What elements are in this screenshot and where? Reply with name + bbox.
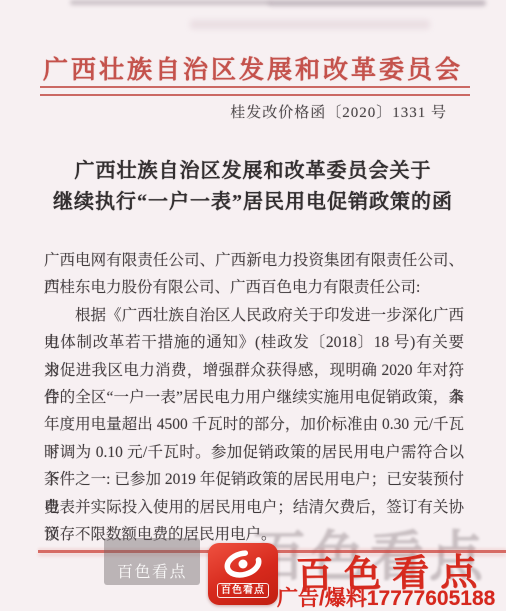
body-line: 条件之一: 已参加 2019 年促销政策的居民用电户；已安装预付费 (44, 466, 464, 493)
letterhead-divider (40, 86, 470, 96)
document-title-line-1: 广西壮族自治区发展和改革委员会关于 (0, 156, 506, 187)
scan-smudge (70, 0, 270, 5)
body-line: 为促进我区电力消费，增强群众获得感，现明确 2020 年对符合条 (44, 357, 464, 384)
body-line: 下调为 0.10 元/千瓦时。参加促销政策的居民用电户需符合以下 (44, 439, 464, 466)
doc-number: 桂发改价格函〔2020〕1331 号 (0, 101, 447, 122)
contact-info: 广告/爆料17777605188 (277, 582, 495, 611)
body-line: 件的全区“一户一表”居民电力用户继续实施用电促销政策，本 (44, 384, 464, 411)
document-page: 广西壮族自治区发展和改革委员会 桂发改价格函〔2020〕1331 号 广西壮族自… (0, 0, 506, 611)
logo-label: 百色看点 (217, 583, 269, 598)
letterhead-org-name: 广西壮族自治区发展和改革委员会 (0, 50, 506, 86)
document-title-line-2: 继续执行“一户一表”居民用电促销政策的函 (0, 187, 506, 218)
watermark-gray-box-label: 百色看点 (117, 559, 187, 582)
body-line: 力体制改革若干措施的通知》(桂政发〔2018〕18 号)有关要求， (44, 329, 464, 356)
letter-body: 广西电网有限责任公司、广西新电力投资集团有限责任公司、广 西桂东电力股份有限公司… (44, 247, 464, 548)
body-line: 年度用电量超出 4500 千瓦时的部分，加价标准由 0.30 元/千瓦时 (44, 411, 464, 438)
baise-kandian-logo-icon: 百色看点 (208, 543, 278, 605)
scan-smudge (268, 0, 486, 6)
logo-swirl-icon (220, 548, 266, 580)
watermark-gray-box: 百色看点 (104, 538, 200, 585)
document-title: 广西壮族自治区发展和改革委员会关于 继续执行“一户一表”居民用电促销政策的函 (0, 156, 506, 218)
body-line: 根据《广西壮族自治区人民政府关于印发进一步深化广西电 (44, 302, 464, 329)
body-line: 西桂东电力股份有限公司、广西百色电力有限责任公司: (44, 274, 464, 301)
scan-smudge (190, 20, 430, 29)
body-line: 广西电网有限责任公司、广西新电力投资集团有限责任公司、广 (44, 247, 464, 274)
